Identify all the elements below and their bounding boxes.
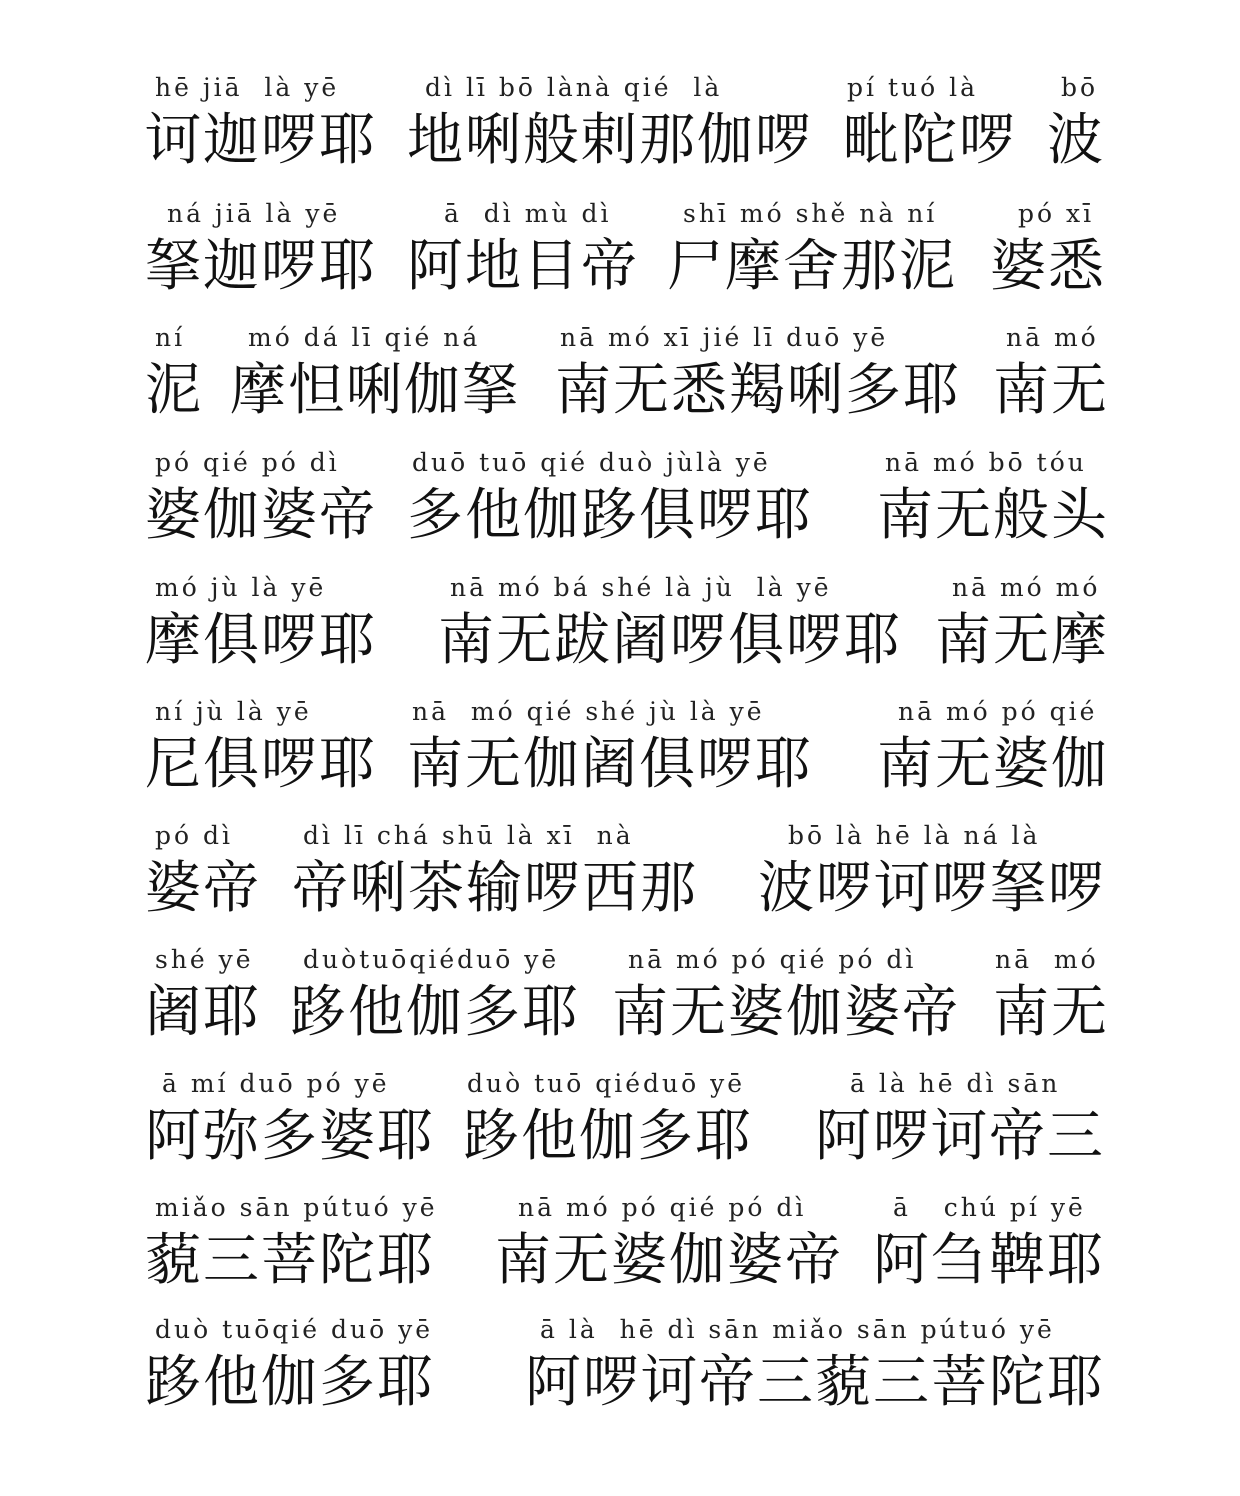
hanzi-group: 跢他伽多耶 xyxy=(290,978,580,1048)
verse-line-7: pó dì dì lī chá shū là xī nà bō là hē là… xyxy=(0,818,1240,942)
pinyin-group: pó qié pó dì xyxy=(155,445,340,481)
pinyin-row: ní jù là yē nā mó qié shé jù là yē nā mó… xyxy=(0,694,1240,730)
hanzi-row: 拏迦啰耶 阿地目帝 尸摩舍那泥 婆悉 xyxy=(0,232,1240,302)
pinyin-group: duò tuō qiéduō yē xyxy=(467,1066,745,1102)
pinyin-group: ná jiā là yē xyxy=(167,196,340,232)
pinyin-group: ā mí duō pó yē xyxy=(162,1066,390,1102)
hanzi-group: 南无婆伽婆帝 xyxy=(612,978,960,1048)
hanzi-group: 藐三菩陀耶 xyxy=(145,1226,435,1296)
hanzi-group: 毗陀啰 xyxy=(843,106,1017,176)
pinyin-group: nā mó bō tóu xyxy=(885,445,1087,481)
hanzi-group: 诃迦啰耶 xyxy=(145,106,377,176)
pinyin-group: bō là hē là ná là xyxy=(788,818,1040,854)
pinyin-row: shé yē duòtuōqiéduō yē nā mó pó qié pó d… xyxy=(0,942,1240,978)
hanzi-group: 南无悉羯唎多耶 xyxy=(555,356,961,426)
pinyin-group: mó jù là yē xyxy=(155,570,326,606)
pinyin-group: ní xyxy=(155,320,185,356)
pinyin-group: shī mó shě nà ní xyxy=(683,196,937,232)
hanzi-group: 南无婆伽婆帝 xyxy=(495,1226,843,1296)
pinyin-group: duò tuōqié duō yē xyxy=(155,1312,433,1348)
hanzi-row: 尼俱啰耶 南无伽阇俱啰耶 南无婆伽 xyxy=(0,730,1240,800)
verse-line-1: hē jiā là yē dì lī bō lànà qié là pí tuó… xyxy=(0,70,1240,194)
hanzi-group: 泥 xyxy=(145,356,203,426)
verse-line-3: ní mó dá lī qié ná nā mó xī jié lī duō y… xyxy=(0,320,1240,444)
hanzi-group: 南无摩 xyxy=(935,606,1109,676)
hanzi-group: 阿刍鞞耶 xyxy=(873,1226,1105,1296)
hanzi-group: 婆帝 xyxy=(145,854,261,924)
verse-line-10: miǎo sān pútuó yē nā mó pó qié pó dì ā c… xyxy=(0,1190,1240,1314)
pinyin-group: nā mó pó qié pó dì xyxy=(628,942,916,978)
hanzi-group: 南无跋阇啰俱啰耶 xyxy=(438,606,902,676)
pinyin-group: nā mó pó qié pó dì xyxy=(518,1190,806,1226)
verse-line-6: ní jù là yē nā mó qié shé jù là yē nā mó… xyxy=(0,694,1240,818)
pinyin-row: pó qié pó dì duō tuō qié duò jùlà yē nā … xyxy=(0,445,1240,481)
hanzi-row: 藐三菩陀耶 南无婆伽婆帝 阿刍鞞耶 xyxy=(0,1226,1240,1296)
pinyin-group: dì lī bō lànà qié là xyxy=(425,70,722,106)
pinyin-row: ní mó dá lī qié ná nā mó xī jié lī duō y… xyxy=(0,320,1240,356)
hanzi-row: 阿弥多婆耶 跢他伽多耶 阿啰诃帝三 xyxy=(0,1102,1240,1172)
pinyin-group: duòtuōqiéduō yē xyxy=(303,942,559,978)
hanzi-group: 地唎般剌那伽啰 xyxy=(407,106,813,176)
hanzi-row: 阇耶 跢他伽多耶 南无婆伽婆帝 南无 xyxy=(0,978,1240,1048)
hanzi-group: 南无婆伽 xyxy=(877,730,1109,800)
hanzi-group: 阿啰诃帝三 xyxy=(815,1102,1105,1172)
pinyin-row: mó jù là yē nā mó bá shé là jù là yē nā … xyxy=(0,570,1240,606)
pinyin-group: miǎo sān pútuó yē xyxy=(155,1190,438,1226)
pinyin-group: ā chú pí yē xyxy=(893,1190,1086,1226)
hanzi-group: 婆悉 xyxy=(990,232,1106,302)
pinyin-group: duō tuō qié duò jùlà yē xyxy=(412,445,771,481)
verse-line-11: duò tuōqié duō yē ā là hē dì sān miǎo sā… xyxy=(0,1312,1240,1436)
hanzi-group: 婆伽婆帝 xyxy=(145,481,377,551)
hanzi-row: 婆帝 帝唎茶输啰西那 波啰诃啰拏啰 xyxy=(0,854,1240,924)
hanzi-group: 南无般头 xyxy=(877,481,1109,551)
hanzi-group: 摩怛唎伽拏 xyxy=(230,356,520,426)
verse-line-5: mó jù là yē nā mó bá shé là jù là yē nā … xyxy=(0,570,1240,694)
pinyin-group: nā mó qié shé jù là yē xyxy=(412,694,765,730)
pinyin-group: dì lī chá shū là xī nà xyxy=(303,818,634,854)
verse-line-4: pó qié pó dì duō tuō qié duò jùlà yē nā … xyxy=(0,445,1240,569)
hanzi-group: 南无伽阇俱啰耶 xyxy=(407,730,813,800)
pinyin-group: nā mó bá shé là jù là yē xyxy=(450,570,832,606)
pinyin-row: ná jiā là yē ā dì mù dì shī mó shě nà ní… xyxy=(0,196,1240,232)
hanzi-group: 摩俱啰耶 xyxy=(145,606,377,676)
hanzi-group: 阿啰诃帝三藐三菩陀耶 xyxy=(525,1348,1105,1418)
hanzi-group: 多他伽跢俱啰耶 xyxy=(407,481,813,551)
pinyin-group: pí tuó là xyxy=(847,70,978,106)
hanzi-row: 泥 摩怛唎伽拏 南无悉羯唎多耶 南无 xyxy=(0,356,1240,426)
pinyin-group: nā mó xyxy=(995,942,1099,978)
hanzi-group: 波 xyxy=(1047,106,1105,176)
hanzi-row: 婆伽婆帝 多他伽跢俱啰耶 南无般头 xyxy=(0,481,1240,551)
hanzi-group: 波啰诃啰拏啰 xyxy=(758,854,1106,924)
pinyin-group: nā mó mó xyxy=(952,570,1100,606)
pinyin-group: nā mó xyxy=(1006,320,1099,356)
hanzi-group: 阇耶 xyxy=(145,978,261,1048)
hanzi-group: 阿弥多婆耶 xyxy=(145,1102,435,1172)
pinyin-group: hē jiā là yē xyxy=(155,70,339,106)
hanzi-row: 跢他伽多耶 阿啰诃帝三藐三菩陀耶 xyxy=(0,1348,1240,1418)
pinyin-group: pó dì xyxy=(155,818,233,854)
pinyin-group: nā mó pó qié xyxy=(898,694,1097,730)
pinyin-row: ā mí duō pó yē duò tuō qiéduō yē ā là hē… xyxy=(0,1066,1240,1102)
pinyin-group: ā dì mù dì xyxy=(444,196,612,232)
hanzi-group: 尸摩舍那泥 xyxy=(667,232,957,302)
scripture-page: hē jiā là yē dì lī bō lànà qié là pí tuó… xyxy=(0,0,1240,1496)
pinyin-row: pó dì dì lī chá shū là xī nà bō là hē là… xyxy=(0,818,1240,854)
hanzi-group: 跢他伽多耶 xyxy=(145,1348,435,1418)
pinyin-row: duò tuōqié duō yē ā là hē dì sān miǎo sā… xyxy=(0,1312,1240,1348)
hanzi-row: 诃迦啰耶 地唎般剌那伽啰 毗陀啰 波 xyxy=(0,106,1240,176)
pinyin-group: bō xyxy=(1061,70,1098,106)
pinyin-row: miǎo sān pútuó yē nā mó pó qié pó dì ā c… xyxy=(0,1190,1240,1226)
pinyin-group: shé yē xyxy=(155,942,254,978)
hanzi-group: 拏迦啰耶 xyxy=(145,232,377,302)
hanzi-group: 南无 xyxy=(993,356,1109,426)
hanzi-row: 摩俱啰耶 南无跋阇啰俱啰耶 南无摩 xyxy=(0,606,1240,676)
hanzi-group: 南无 xyxy=(993,978,1109,1048)
pinyin-group: ā là hē dì sān miǎo sān pútuó yē xyxy=(540,1312,1055,1348)
hanzi-group: 尼俱啰耶 xyxy=(145,730,377,800)
verse-line-8: shé yē duòtuōqiéduō yē nā mó pó qié pó d… xyxy=(0,942,1240,1066)
hanzi-group: 帝唎茶输啰西那 xyxy=(292,854,698,924)
pinyin-group: nā mó xī jié lī duō yē xyxy=(560,320,888,356)
hanzi-group: 跢他伽多耶 xyxy=(463,1102,753,1172)
verse-line-2: ná jiā là yē ā dì mù dì shī mó shě nà ní… xyxy=(0,196,1240,320)
pinyin-row: hē jiā là yē dì lī bō lànà qié là pí tuó… xyxy=(0,70,1240,106)
pinyin-group: pó xī xyxy=(1018,196,1094,232)
verse-line-9: ā mí duō pó yē duò tuō qiéduō yē ā là hē… xyxy=(0,1066,1240,1190)
hanzi-group: 阿地目帝 xyxy=(407,232,639,302)
pinyin-group: mó dá lī qié ná xyxy=(248,320,480,356)
pinyin-group: ní jù là yē xyxy=(155,694,312,730)
pinyin-group: ā là hē dì sān xyxy=(850,1066,1060,1102)
